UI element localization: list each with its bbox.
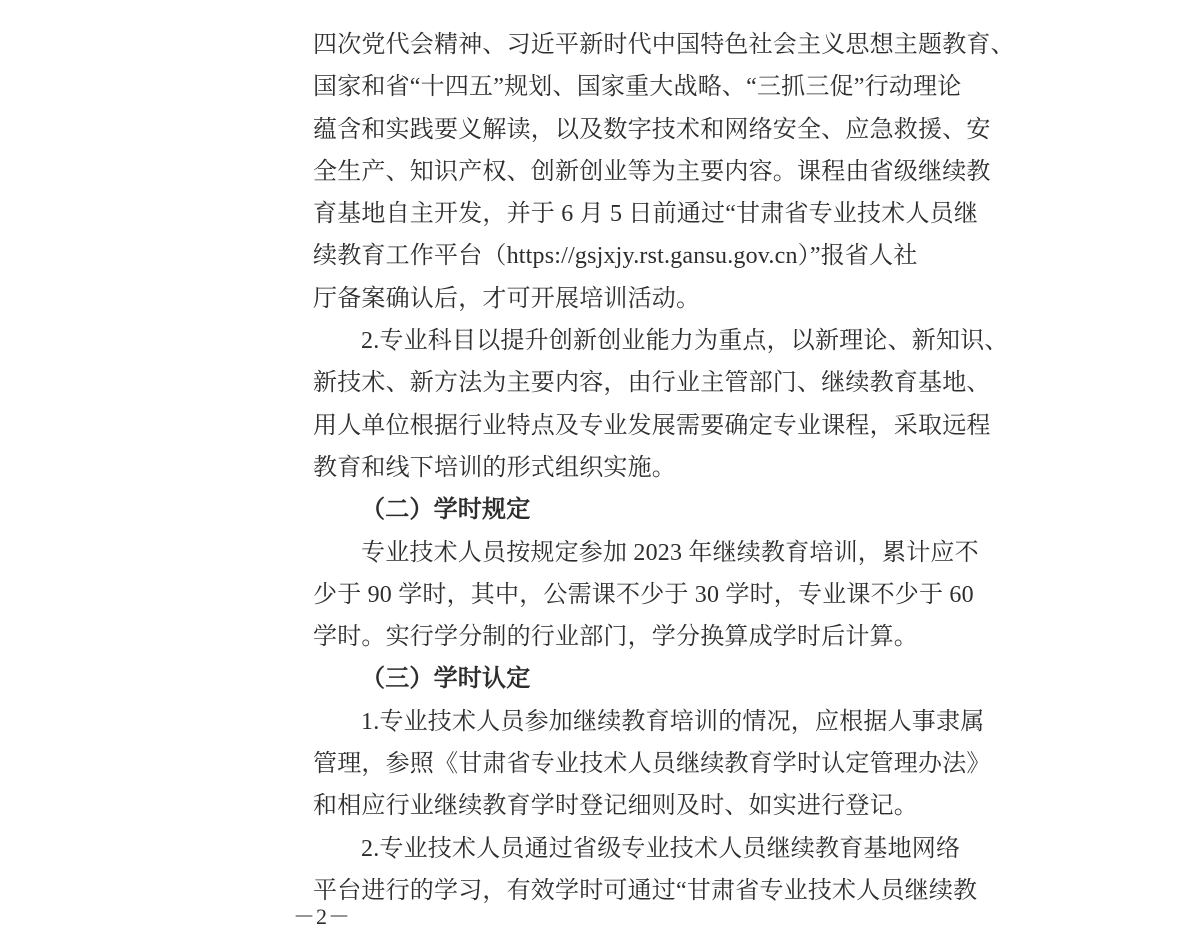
document-page: 四次党代会精神、习近平新时代中国特色社会主义思想主题教育、国家和省“十四五”规划… <box>0 0 1200 951</box>
paragraph-line: 新技术、新方法为主要内容，由行业主管部门、继续教育基地、 <box>313 362 961 404</box>
paragraph-line: 少于 90 学时，其中，公需课不少于 30 学时，专业课不少于 60 <box>313 574 961 616</box>
paragraph-line: 用人单位根据行业特点及专业发展需要确定专业课程，采取远程 <box>313 405 961 447</box>
paragraph-line: 和相应行业继续教育学时登记细则及时、如实进行登记。 <box>313 785 961 827</box>
paragraph-line: 2.专业科目以提升创新创业能力为重点，以新理论、新知识、 <box>313 320 961 362</box>
paragraph-line: 蕴含和实践要义解读，以及数字技术和网络安全、应急救援、安 <box>313 109 961 151</box>
paragraph-line: 全生产、知识产权、创新创业等为主要内容。课程由省级继续教 <box>313 151 961 193</box>
paragraph-line: 1.专业技术人员参加继续教育培训的情况，应根据人事隶属 <box>313 701 961 743</box>
paragraph-line: 厅备案确认后，才可开展培训活动。 <box>313 278 961 320</box>
paragraph-line: 2.专业技术人员通过省级专业技术人员继续教育基地网络 <box>313 828 961 870</box>
paragraph-line: 四次党代会精神、习近平新时代中国特色社会主义思想主题教育、 <box>313 24 961 66</box>
paragraph-line: 专业技术人员按规定参加 2023 年继续教育培训，累计应不 <box>313 532 961 574</box>
document-body: 四次党代会精神、习近平新时代中国特色社会主义思想主题教育、国家和省“十四五”规划… <box>313 24 961 912</box>
section-heading: （二）学时规定 <box>313 489 961 531</box>
paragraph-line: 学时。实行学分制的行业部门，学分换算成学时后计算。 <box>313 616 961 658</box>
paragraph-line: 续教育工作平台（https://gsjxjy.rst.gansu.gov.cn）… <box>313 235 961 277</box>
paragraph-line: 教育和线下培训的形式组织实施。 <box>313 447 961 489</box>
paragraph-line: 管理，参照《甘肃省专业技术人员继续教育学时认定管理办法》 <box>313 743 961 785</box>
paragraph-line: 平台进行的学习，有效学时可通过“甘肃省专业技术人员继续教 <box>313 870 961 912</box>
paragraph-line: 国家和省“十四五”规划、国家重大战略、“三抓三促”行动理论 <box>313 66 961 108</box>
page-number: －2－ <box>293 902 351 932</box>
paragraph-line: 育基地自主开发，并于 6 月 5 日前通过“甘肃省专业技术人员继 <box>313 193 961 235</box>
section-heading: （三）学时认定 <box>313 658 961 700</box>
